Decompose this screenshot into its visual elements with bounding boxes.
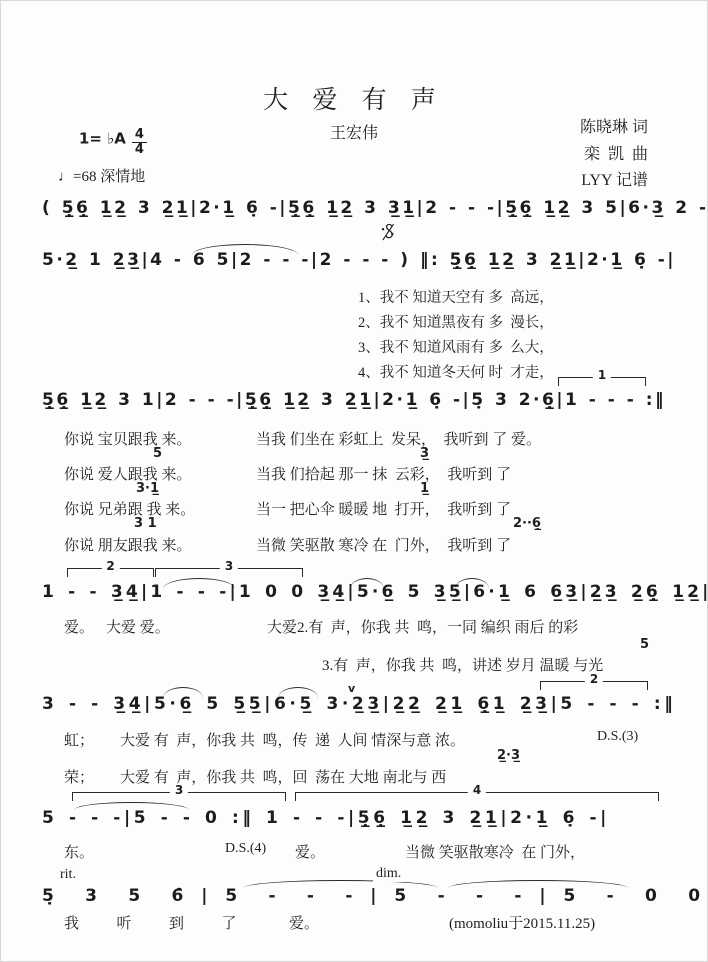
lyric-line: 大爱2.有 声，你我 共 鸣，一同 编织 雨后 的彩 [267,616,578,637]
segno-icon [380,222,395,244]
alt-note: 2̲·3̲ [497,748,520,763]
lyric-line: 爱。 [64,616,94,637]
lyric-line: 虹； [64,729,94,750]
lyric-line: 你说 朋友跟我 来。 [64,534,192,555]
lyric-line: 大爱 有 声，你我 共 鸣，传 递 人间 情深与意 浓。 [120,729,465,750]
alt-note: 3̲ [420,446,429,461]
volta-bracket-3: 3 [155,568,303,577]
volta-number: 2 [585,673,603,685]
lyric-line: 当一 把心伞 暖暖 地 打开， 我听到 了 [256,498,511,519]
lyric-line: 当我 们拾起 那一 抹 云彩， 我听到 了 [256,463,511,484]
meter-denominator: 4 [132,143,147,157]
volta-bracket-2: 2 [67,568,154,577]
transcription-date: (momoliu于2015.11.25) [449,912,595,933]
notation-line-1: ( 5̲̣6̲̣ 1̲2̲ 3 2̲1̲|2·1̲ 6̣ -|5̲̣6̲̣ 1̲… [42,198,708,218]
volta-number: 1 [593,369,611,381]
lyric-line: 我 听 到 了 爱。 [64,912,319,933]
alt-note: 3·1̲ [136,481,159,496]
notation-line-2: 5·2̲ 1 2̲3̲|4 - 6 5|2 - - -|2 - - - ) ‖:… [42,250,676,270]
notation-line-6: 5 - - -|5 - - 0 :‖ 1 - - -|5̲̣6̲̣ 1̲2̲ 3… [42,808,610,828]
notation-line-4: 1 - - 3̲4̲|1 - - -|1 0 0 3̲4̲|5·6̲ 5 3̲5… [42,582,708,602]
ds-marking: D.S.(4) [225,841,266,857]
volta-bracket-4: 4 [295,792,659,801]
alt-note: 5 [153,446,162,461]
lyric-line: 3.有 声，你我 共 鸣，讲述 岁月 温暖 与光 [322,654,603,675]
transcriber-credit: LYY 记谱 [488,167,648,190]
lyric-line: 你说 宝贝跟我 来。 [64,428,192,449]
notation-line-5: 3 - - 3̲4̲|5·6̲ 5 5̲5̲|6·5̲ 3·2̲3̲|2̲2̲ … [42,694,676,714]
lyric-line: 东。 [64,841,94,862]
sheet-music-page: 大 爱 有 声 1= ♭A44 王宏伟 陈晓琳 词 栾 凯 曲 LYY 记谱 ♩… [0,0,708,962]
volta-number: 3 [170,784,188,796]
volta-bracket-1: 1 [558,377,646,386]
lyric-line: 荣； [64,766,94,787]
lyric-line: 当微 笑驱散 寒冷 在 门外， 我听到 了 [256,534,511,555]
alt-note: 5 [640,637,649,652]
verse-line-2: 2、我不 知道黑夜有 多 漫长， [358,311,554,332]
notation-line-3: 5̲̣6̲̣ 1̲2̲ 3 1|2 - - -|5̲̣6̲̣ 1̲2̲ 3 2̲… [42,390,666,410]
volta-bracket-2-repeat: 2 [540,681,648,690]
verse-line-3: 3、我不 知道风雨有 多 么大， [358,336,554,357]
rit-marking: rit. [60,867,76,883]
tempo-marking: ♩=68 深情地 [58,165,145,186]
volta-number: 4 [468,784,486,796]
lyric-line: 你说 爱人跟我 来。 [64,463,192,484]
lyricist-credit: 陈晓琳 词 [488,114,648,137]
lyric-line: 你说 兄弟跟 我 来。 [64,498,195,519]
verse-line-1: 1、我不 知道天空有 多 高远， [358,286,554,307]
lyric-line: 爱。 [295,841,325,862]
composer-credit: 栾 凯 曲 [488,141,648,164]
alt-note: 3 1 [134,516,157,531]
volta-number: 3 [220,560,238,572]
alt-note: 2··6̲̣ [513,516,541,531]
verse-line-4: 4、我不 知道冬天何 时 才走， [358,361,554,382]
dim-marking: dim. [373,866,404,882]
notation-line-7: 5̣ 3 5 6̑ | 5 - - - | 5 - - - | 5 - 0 0 … [42,886,708,906]
lyric-line: 当我 们坐在 彩虹上 发呆， 我听到 了 爱。 [256,428,541,449]
ds-marking: D.S.(3) [597,729,638,745]
lyric-line: 当微 笑驱散寒冷 在 门外， [405,841,585,862]
lyric-line: 大爱 爱。 [106,616,170,637]
alt-note: 1̲ [420,481,429,496]
volta-number: 2 [101,560,119,572]
volta-bracket-3-repeat: 3 [72,792,286,801]
